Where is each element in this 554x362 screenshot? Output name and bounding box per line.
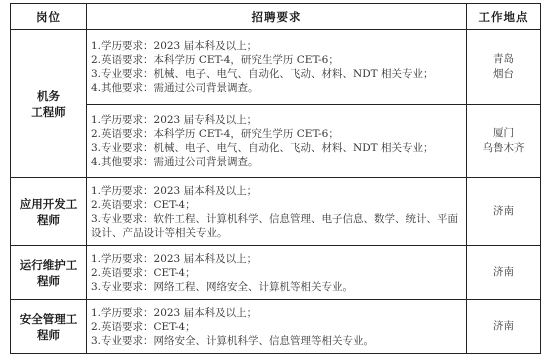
requirement-line: 1.学历要求：2023 届专科及以上； — [91, 113, 463, 127]
location-name: 济南 — [467, 204, 540, 219]
requirement-line: 2.英语要求：本科学历 CET-4，研究生学历 CET-6； — [91, 53, 463, 67]
requirements-cell: 1.学历要求：2023 届本科及以上； 2.英语要求：CET-4； 3.专业要求… — [87, 300, 467, 354]
requirement-line: 2.英语要求：CET-4； — [91, 198, 463, 212]
position-name-line1: 运行维护工 — [14, 257, 83, 273]
requirement-line: 3.专业要求：机械、电子、电气、自动化、飞动、材料、NDT 相关专业； — [91, 67, 463, 81]
requirement-line: 2.英语要求：CET-4； — [91, 320, 463, 334]
location-name: 青岛 — [467, 52, 540, 67]
position-name-line2: 程师 — [14, 212, 83, 228]
requirements-cell: 1.学历要求：2023 届本科及以上； 2.英语要求：CET-4； 3.专业要求… — [87, 178, 467, 246]
position-cell: 应用开发工 程师 — [11, 178, 87, 246]
position-name-line2: 程师 — [14, 327, 83, 343]
location-cell: 济南 — [467, 300, 541, 354]
table-row: 机务 工程师 1.学历要求：2023 届本科及以上； 2.英语要求：本科学历 C… — [11, 30, 541, 105]
location-name: 烟台 — [467, 67, 540, 82]
recruitment-table-container: 岗位 招聘要求 工作地点 机务 工程师 1.学历要求：2023 届本科及以上； … — [10, 3, 541, 354]
position-name-line1: 安全管理工 — [14, 311, 83, 327]
position-cell: 安全管理工 程师 — [11, 300, 87, 354]
requirement-line: 3.专业要求：网络工程、网络安全、计算机等相关专业。 — [91, 280, 463, 294]
requirement-line: 3.专业要求：网络安全、计算机科学、信息管理等相关专业。 — [91, 334, 463, 348]
location-cell: 厦门 乌鲁木齐 — [467, 105, 541, 178]
requirement-line: 4.其他要求：需通过公司背景调查。 — [91, 81, 463, 95]
header-position: 岗位 — [11, 4, 87, 30]
position-name-line1: 应用开发工 — [14, 196, 83, 212]
location-cell: 青岛 烟台 — [467, 30, 541, 105]
table-row: 应用开发工 程师 1.学历要求：2023 届本科及以上； 2.英语要求：CET-… — [11, 178, 541, 246]
requirement-line: 3.专业要求：软件工程、计算机科学、信息管理、电子信息、数学、统计、平面设计、产… — [91, 212, 463, 240]
position-name-line2: 程师 — [14, 273, 83, 289]
location-name: 济南 — [467, 319, 540, 334]
location-name: 厦门 — [467, 126, 540, 141]
location-cell: 济南 — [467, 246, 541, 300]
position-cell: 机务 工程师 — [11, 30, 87, 178]
table-header-row: 岗位 招聘要求 工作地点 — [11, 4, 541, 30]
location-name: 乌鲁木齐 — [467, 141, 540, 156]
table-row: 1.学历要求：2023 届专科及以上； 2.英语要求：本科学历 CET-4，研究… — [11, 105, 541, 178]
header-location: 工作地点 — [467, 4, 541, 30]
table-row: 安全管理工 程师 1.学历要求：2023 届本科及以上； 2.英语要求：CET-… — [11, 300, 541, 354]
recruitment-table: 岗位 招聘要求 工作地点 机务 工程师 1.学历要求：2023 届本科及以上； … — [10, 3, 541, 354]
location-name: 济南 — [467, 265, 540, 280]
position-name-line2: 工程师 — [14, 104, 83, 120]
requirements-cell: 1.学历要求：2023 届本科及以上； 2.英语要求：CET-4； 3.专业要求… — [87, 246, 467, 300]
requirement-line: 1.学历要求：2023 届本科及以上； — [91, 306, 463, 320]
position-name-line1: 机务 — [14, 88, 83, 104]
requirement-line: 2.英语要求：CET-4； — [91, 266, 463, 280]
requirement-line: 1.学历要求：2023 届本科及以上； — [91, 39, 463, 53]
requirements-cell: 1.学历要求：2023 届本科及以上； 2.英语要求：本科学历 CET-4，研究… — [87, 30, 467, 105]
requirement-line: 2.英语要求：本科学历 CET-4，研究生学历 CET-6； — [91, 127, 463, 141]
position-cell: 运行维护工 程师 — [11, 246, 87, 300]
requirement-line: 1.学历要求：2023 届本科及以上； — [91, 252, 463, 266]
location-cell: 济南 — [467, 178, 541, 246]
table-row: 运行维护工 程师 1.学历要求：2023 届本科及以上； 2.英语要求：CET-… — [11, 246, 541, 300]
header-requirements: 招聘要求 — [87, 4, 467, 30]
requirement-line: 1.学历要求：2023 届本科及以上； — [91, 184, 463, 198]
requirement-line: 3.专业要求：机械、电子、电气、自动化、飞动、材料、NDT 相关专业； — [91, 141, 463, 155]
requirements-cell: 1.学历要求：2023 届专科及以上； 2.英语要求：本科学历 CET-4，研究… — [87, 105, 467, 178]
requirement-line: 4.其他要求：需通过公司背景调查。 — [91, 155, 463, 169]
